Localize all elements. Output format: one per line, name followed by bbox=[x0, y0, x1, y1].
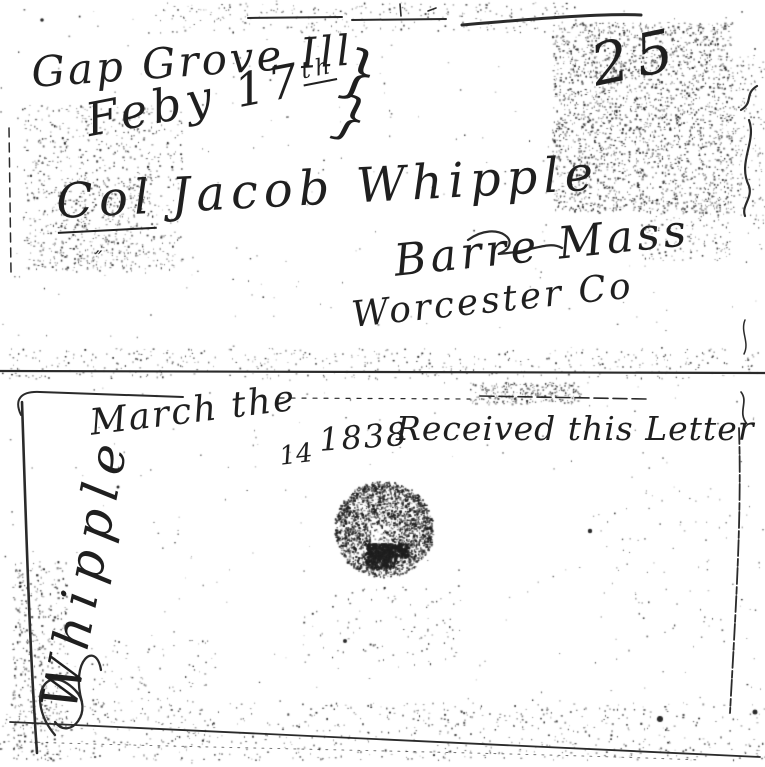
front-left-border-line bbox=[9, 128, 11, 272]
docket-text: Received this Letter bbox=[396, 412, 755, 445]
back-bottom-border-shadow bbox=[30, 742, 700, 760]
honorific-tick-marks: ″ bbox=[95, 248, 102, 268]
panel-divider-line bbox=[0, 371, 765, 373]
back-top-border-dashes bbox=[280, 398, 470, 399]
back-bottom-border-line bbox=[10, 722, 760, 757]
front-top-right-border-line bbox=[462, 15, 641, 25]
back-top-border-segment bbox=[480, 396, 646, 399]
back-right-border-line bbox=[730, 428, 740, 713]
front-top-border-line bbox=[248, 17, 446, 20]
address-honorific: Col bbox=[55, 169, 157, 234]
edge-scribble-mid-right bbox=[744, 320, 746, 354]
edge-scribble-top-right bbox=[741, 86, 757, 216]
origin-date-suffix: th bbox=[299, 52, 338, 86]
wax-seal-mark bbox=[337, 484, 433, 580]
docket-day: 14 bbox=[278, 440, 314, 470]
front-top-tick-marks bbox=[400, 4, 436, 16]
scanned-envelope-document: Gap Grove Ill } Feby 17th } 25 ColJacob … bbox=[0, 0, 765, 767]
postal-rate-marking: 25 bbox=[586, 19, 686, 94]
